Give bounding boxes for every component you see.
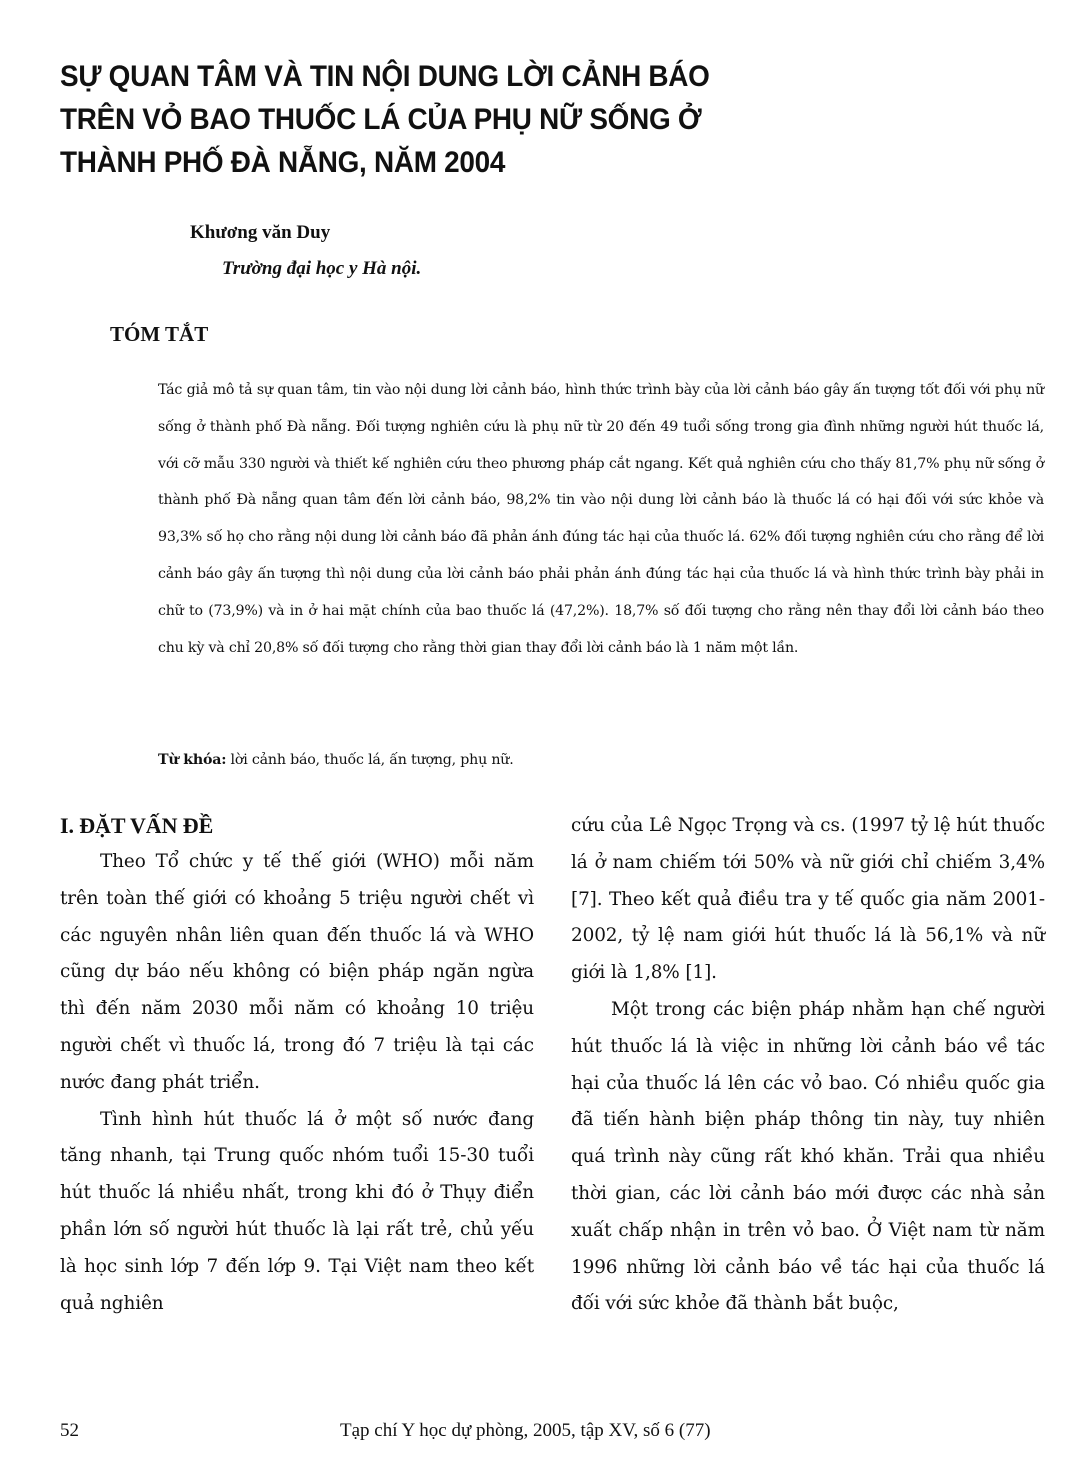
- author-affiliation: Trường đại học y Hà nội.: [222, 258, 421, 280]
- page-footer: 52 Tạp chí Y học dự phòng, 2005, tập XV,…: [60, 1420, 1040, 1450]
- title-line: SỰ QUAN TÂM VÀ TIN NỘI DUNG LỜI CẢNH BÁO: [60, 55, 785, 98]
- paper-page: SỰ QUAN TÂM VÀ TIN NỘI DUNG LỜI CẢNH BÁO…: [0, 0, 1090, 1475]
- title-line: THÀNH PHỐ ĐÀ NẴNG, NĂM 2004: [60, 141, 785, 184]
- abstract-body: Tác giả mô tả sự quan tâm, tin vào nội d…: [158, 372, 1044, 666]
- author-name: Khương văn Duy: [190, 222, 330, 244]
- body-paragraph: cứu của Lê Ngọc Trọng và cs. (1997 tỷ lệ…: [571, 808, 1045, 992]
- body-paragraph: Một trong các biện pháp nhằm hạn chế ngư…: [571, 992, 1045, 1323]
- page-number: 52: [60, 1420, 79, 1442]
- keywords-list: lời cảnh báo, thuốc lá, ấn tượng, phụ nữ…: [226, 752, 513, 768]
- body-paragraph: Theo Tổ chức y tế thế giới (WHO) mỗi năm…: [60, 844, 534, 1102]
- section-heading: I. ĐẶT VẤN ĐỀ: [60, 808, 534, 844]
- right-column: cứu của Lê Ngọc Trọng và cs. (1997 tỷ lệ…: [571, 808, 1045, 1323]
- journal-citation: Tạp chí Y học dự phòng, 2005, tập XV, số…: [340, 1420, 711, 1442]
- left-column: I. ĐẶT VẤN ĐỀ Theo Tổ chức y tế thế giới…: [60, 808, 534, 1322]
- abstract-heading: TÓM TẮT: [110, 322, 208, 347]
- article-title: SỰ QUAN TÂM VÀ TIN NỘI DUNG LỜI CẢNH BÁO…: [60, 55, 785, 184]
- keywords-label: Từ khóa:: [158, 752, 226, 768]
- title-line: TRÊN VỎ BAO THUỐC LÁ CỦA PHỤ NỮ SỐNG Ở: [60, 98, 785, 141]
- abstract-text: Tác giả mô tả sự quan tâm, tin vào nội d…: [158, 372, 1044, 666]
- keywords: Từ khóa: lời cảnh báo, thuốc lá, ấn tượn…: [158, 742, 1044, 778]
- body-paragraph: Tình hình hút thuốc lá ở một số nước đan…: [60, 1102, 534, 1323]
